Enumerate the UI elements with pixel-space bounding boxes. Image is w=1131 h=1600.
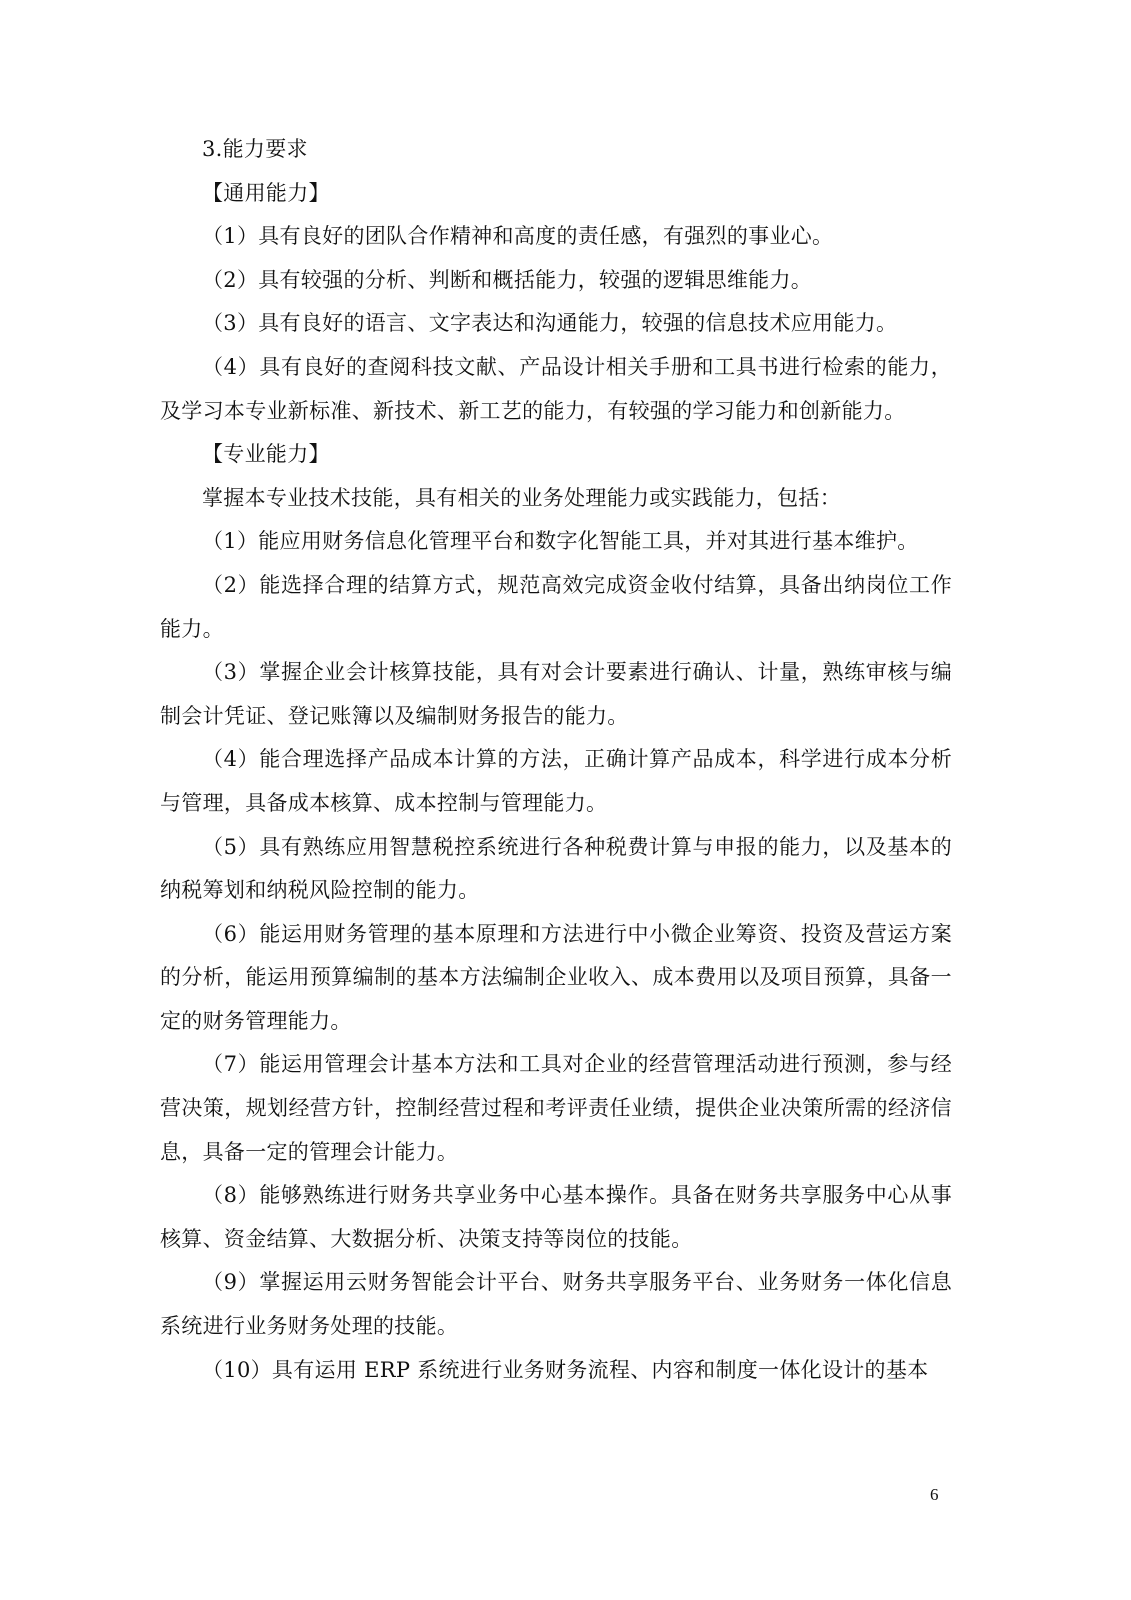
general-ability-item-3: （3）具有良好的语言、文字表达和沟通能力，较强的信息技术应用能力。 [160,302,952,346]
professional-ability-item-3: （3）掌握企业会计核算技能，具有对会计要素进行确认、计量，熟练审核与编制会计凭证… [160,651,952,738]
professional-ability-item-7: （7）能运用管理会计基本方法和工具对企业的经营管理活动进行预测，参与经营决策，规… [160,1043,952,1174]
document-page: 3.能力要求 【通用能力】 （1）具有良好的团队合作精神和高度的责任感，有强烈的… [160,128,952,1392]
general-ability-item-1: （1）具有良好的团队合作精神和高度的责任感，有强烈的事业心。 [160,215,952,259]
general-ability-title: 【通用能力】 [160,172,952,216]
professional-ability-item-10: （10）具有运用 ERP 系统进行业务财务流程、内容和制度一体化设计的基本 [160,1349,952,1393]
professional-ability-item-2: （2）能选择合理的结算方式，规范高效完成资金收付结算，具备出纳岗位工作能力。 [160,564,952,651]
section-heading: 3.能力要求 [160,128,952,172]
professional-ability-intro: 掌握本专业技术技能，具有相关的业务处理能力或实践能力，包括： [160,477,952,521]
professional-ability-item-1: （1）能应用财务信息化管理平台和数字化智能工具，并对其进行基本维护。 [160,520,952,564]
professional-ability-title: 【专业能力】 [160,433,952,477]
professional-ability-item-5: （5）具有熟练应用智慧税控系统进行各种税费计算与申报的能力，以及基本的纳税筹划和… [160,826,952,913]
page-number: 6 [930,1485,939,1505]
general-ability-item-2: （2）具有较强的分析、判断和概括能力，较强的逻辑思维能力。 [160,259,952,303]
professional-ability-item-6: （6）能运用财务管理的基本原理和方法进行中小微企业筹资、投资及营运方案的分析，能… [160,913,952,1044]
professional-ability-item-4: （4）能合理选择产品成本计算的方法，正确计算产品成本，科学进行成本分析与管理，具… [160,738,952,825]
general-ability-item-4: （4）具有良好的查阅科技文献、产品设计相关手册和工具书进行检索的能力，及学习本专… [160,346,952,433]
professional-ability-item-9: （9）掌握运用云财务智能会计平台、财务共享服务平台、业务财务一体化信息系统进行业… [160,1261,952,1348]
professional-ability-item-8: （8）能够熟练进行财务共享业务中心基本操作。具备在财务共享服务中心从事核算、资金… [160,1174,952,1261]
